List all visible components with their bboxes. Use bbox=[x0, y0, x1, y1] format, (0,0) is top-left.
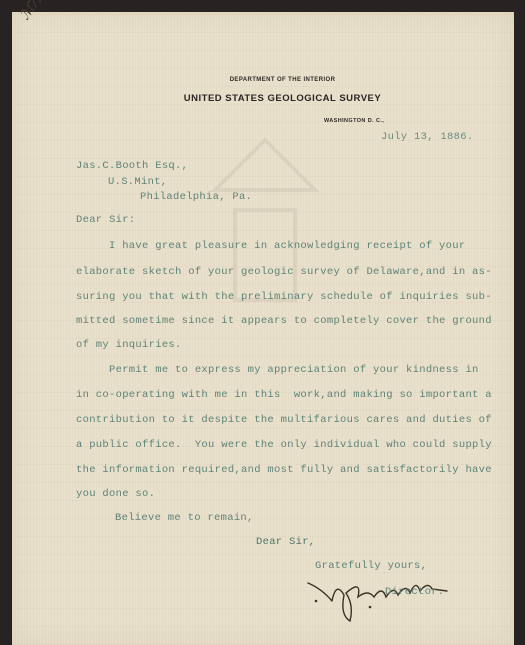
letterhead-place: WASHINGTON D. C., bbox=[324, 118, 384, 124]
letterhead-agency: UNITED STATES GEOLOGICAL SURVEY bbox=[0, 93, 525, 104]
body-line: suring you that with the preliminary sch… bbox=[76, 291, 492, 303]
body-line: a public office. You were the only indiv… bbox=[76, 439, 492, 451]
recipient-institution: U.S.Mint, bbox=[108, 176, 167, 188]
body-line: you done so. bbox=[76, 488, 155, 500]
body-line: mitted sometime since it appears to comp… bbox=[76, 315, 492, 327]
recipient-name: Jas.C.Booth Esq., bbox=[76, 160, 188, 172]
complimentary-close: Gratefully yours, bbox=[315, 560, 427, 572]
letterhead-department: DEPARTMENT OF THE INTERIOR bbox=[0, 77, 525, 83]
body-line: elaborate sketch of your geologic survey… bbox=[76, 266, 492, 278]
closing-salutation: Dear Sir, bbox=[256, 536, 315, 548]
body-line: the information required,and most fully … bbox=[76, 464, 492, 476]
signature bbox=[302, 575, 452, 625]
closing-line: Believe me to remain, bbox=[115, 512, 254, 524]
body-line: in co-operating with me in this work,and… bbox=[76, 389, 492, 401]
letter-date: July 13, 1886. bbox=[381, 131, 473, 143]
body-line: Permit me to express my appreciation of … bbox=[76, 364, 479, 376]
body-line: of my inquiries. bbox=[76, 339, 182, 351]
body-line: I have great pleasure in acknowledging r… bbox=[76, 240, 465, 252]
salutation: Dear Sir: bbox=[76, 214, 135, 226]
recipient-city: Philadelphia, Pa. bbox=[140, 191, 252, 203]
signer-title: Director. bbox=[385, 586, 444, 598]
body-line: contribution to it despite the multifari… bbox=[76, 414, 492, 426]
